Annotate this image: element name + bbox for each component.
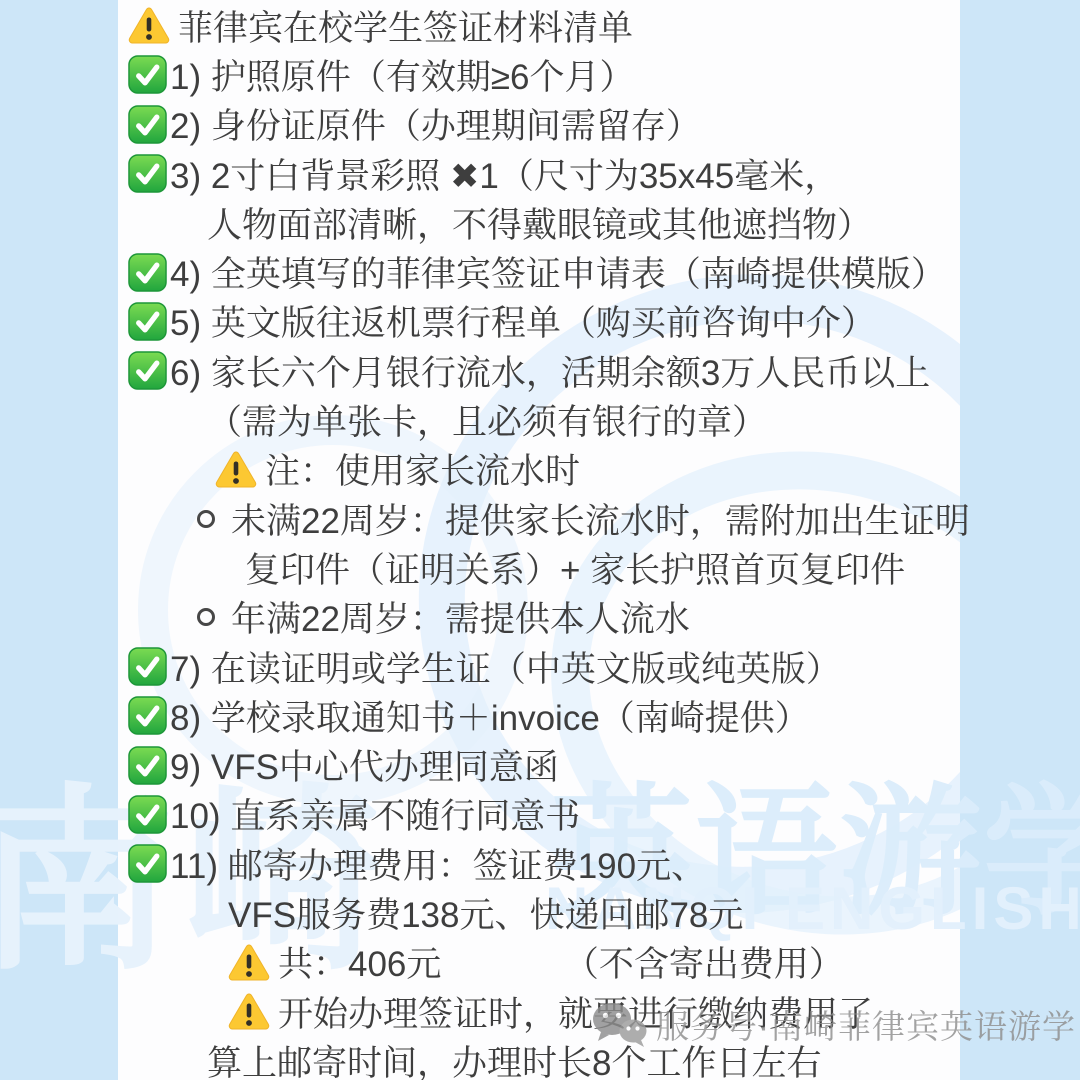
checklist-item: 4) 全英填写的菲律宾签证申请表（南崎提供模版）: [128, 247, 960, 296]
footer-watermark: 服务号·南崎菲律宾英语游学: [590, 1000, 1076, 1048]
line-text: 4) 全英填写的菲律宾签证申请表（南崎提供模版）: [170, 247, 946, 297]
check-icon: [128, 696, 167, 735]
checklist-item: 6) 家长六个月银行流水，活期余额3万人民币以上: [128, 346, 960, 395]
checklist-item: 9) VFS中心代办理同意函: [128, 740, 960, 789]
check-icon: [128, 351, 167, 390]
checklist-item: 7) 在读证明或学生证（中英文版或纯英版）: [128, 642, 960, 691]
line-text: 5) 英文版往返机票行程单（购买前咨询中介）: [170, 296, 876, 346]
warning-icon: [228, 943, 270, 982]
line-text: 1) 护照原件（有效期≥6个月）: [170, 50, 635, 100]
line-text: 人物面部清晰，不得戴眼镜或其他遮挡物）: [207, 198, 872, 248]
visa-checklist-poster: 南崎 英语游学 NANQI ENGLISH 菲律宾在校学生签证材料清单1) 护照…: [0, 0, 1080, 1080]
line-text: 复印件（证明关系）+ 家长护照首页复印件: [245, 543, 905, 593]
continuation-line: （需为单张卡，且必须有银行的章）: [207, 395, 960, 444]
warning-note: 注：使用家长流水时: [215, 445, 960, 494]
warning-icon: [228, 992, 270, 1031]
checklist-item: 8) 学校录取通知书＋invoice（南崎提供）: [128, 691, 960, 740]
checklist: 菲律宾在校学生签证材料清单1) 护照原件（有效期≥6个月）2) 身份证原件（办理…: [128, 1, 960, 1080]
checklist-item: 2) 身份证原件（办理期间需留存）: [128, 100, 960, 149]
bullet-note: 未满22周岁：提供家长流水时，需附加出生证明: [197, 494, 960, 543]
line-text: 11) 邮寄办理费用：签证费190元、: [170, 839, 706, 889]
line-text: 菲律宾在校学生签证材料清单: [178, 1, 633, 51]
line-text: 8) 学校录取通知书＋invoice（南崎提供）: [170, 691, 810, 741]
line-text: 9) VFS中心代办理同意函: [170, 740, 559, 790]
footer-watermark-text: 服务号·南崎菲律宾英语游学: [656, 1001, 1076, 1048]
check-icon: [128, 302, 167, 341]
circle-bullet-icon: [197, 510, 215, 528]
line-text: VFS服务费138元、快递回邮78元: [228, 888, 743, 938]
check-icon: [128, 746, 167, 785]
checklist-item: 11) 邮寄办理费用：签证费190元、: [128, 839, 960, 888]
warning-icon: [128, 6, 170, 45]
line-text: 注：使用家长流水时: [265, 444, 580, 494]
checklist-item: 3) 2寸白背景彩照 ✖1（尺寸为35x45毫米，: [128, 149, 960, 198]
continuation-line: 人物面部清晰，不得戴眼镜或其他遮挡物）: [207, 198, 960, 247]
line-text: 2) 身份证原件（办理期间需留存）: [170, 99, 701, 149]
line-text: 共：406元 （不含寄出费用）: [278, 937, 844, 987]
line-text: 7) 在读证明或学生证（中英文版或纯英版）: [170, 642, 841, 692]
warning-note: 共：406元 （不含寄出费用）: [228, 938, 960, 987]
check-icon: [128, 55, 167, 94]
continuation-line: 复印件（证明关系）+ 家长护照首页复印件: [245, 543, 960, 592]
check-icon: [128, 647, 167, 686]
line-text: 未满22周岁：提供家长流水时，需附加出生证明: [231, 494, 970, 544]
checklist-item: 10) 直系亲属不随行同意书: [128, 790, 960, 839]
line-text: 6) 家长六个月银行流水，活期余额3万人民币以上: [170, 346, 930, 396]
line-text: 3) 2寸白背景彩照 ✖1（尺寸为35x45毫米，: [170, 149, 839, 199]
line-text: 年满22周岁：需提供本人流水: [231, 592, 690, 642]
wechat-icon: [590, 1000, 648, 1048]
check-icon: [128, 154, 167, 193]
check-icon: [128, 253, 167, 292]
continuation-line: VFS服务费138元、快递回邮78元: [228, 888, 960, 937]
warning-icon: [215, 450, 257, 489]
checklist-item: 1) 护照原件（有效期≥6个月）: [128, 50, 960, 99]
circle-bullet-icon: [197, 608, 215, 626]
page-title: 菲律宾在校学生签证材料清单: [128, 1, 960, 50]
line-text: 10) 直系亲属不随行同意书: [170, 789, 580, 839]
bullet-note: 年满22周岁：需提供本人流水: [197, 593, 960, 642]
check-icon: [128, 844, 167, 883]
line-text: （需为单张卡，且必须有银行的章）: [207, 395, 767, 445]
check-icon: [128, 105, 167, 144]
checklist-item: 5) 英文版往返机票行程单（购买前咨询中介）: [128, 297, 960, 346]
check-icon: [128, 795, 167, 834]
